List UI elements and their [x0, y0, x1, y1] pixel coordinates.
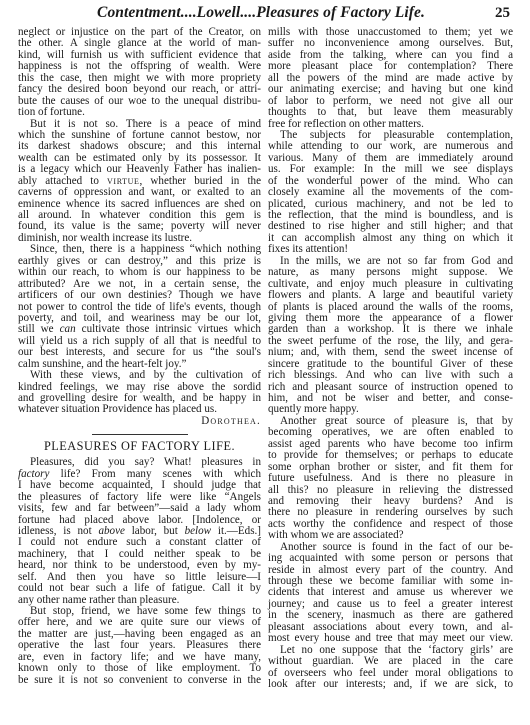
text-span: life? From many scenes with which — [49, 468, 261, 480]
page-header: Contentment....Lowell....Pleasures of Fa… — [0, 4, 530, 24]
text-span: cultivate those intrinsic virtues which — [76, 323, 261, 335]
text-line: nium; and, with them, send the sweet inc… — [268, 347, 513, 358]
text-line: within our reach, to whom is our happine… — [18, 267, 261, 278]
left-column: neglect or injustice on the part of the … — [18, 27, 261, 686]
italic-can: can — [60, 323, 76, 335]
text-line: I have become acquainted, I should judge… — [18, 480, 261, 491]
text-line: visits, few and far between”—said a lady… — [18, 503, 261, 514]
text-line: our best interests, and secure for us “t… — [18, 347, 261, 358]
text-line: caverns of oppression and want, or exalt… — [18, 187, 261, 198]
text-line: rich blessings. And who can live with su… — [268, 370, 513, 381]
section-divider — [92, 434, 188, 435]
text-line: without guardian. We are placed in the c… — [268, 656, 513, 667]
text-span: ably attached to — [18, 175, 107, 187]
essay-factory-part3: I could not endure such a constant clatt… — [18, 537, 261, 686]
essay-factory-part2: I have become acquainted, I should judge… — [18, 480, 261, 526]
essay-contentment-part3: will yield us a rich supply of all that … — [18, 336, 261, 416]
page-number: 25 — [495, 5, 510, 22]
text-line: nature, as many persons might suppose. W… — [268, 267, 513, 278]
article-title: PLEASURES OF FACTORY LIFE. — [18, 441, 261, 454]
text-line: ing acquainted with some person or perso… — [268, 553, 513, 564]
text-line: closely examine all the movements of the… — [268, 187, 513, 198]
text-span: labor, but — [125, 525, 185, 537]
text-line: to provide for themselves; or perhaps to… — [268, 450, 513, 461]
text-line: look after our interests; and, if we are… — [268, 679, 513, 690]
text-line: fancy the desired boon beyond our reach,… — [18, 84, 261, 95]
text-line: be sure it is not so convenient to conve… — [18, 675, 261, 686]
essay-contentment-part1: neglect or injustice on the part of the … — [18, 27, 261, 176]
text-line: artificers of our own destinies? Though … — [18, 290, 261, 301]
essay-contentment-part2: caverns of oppression and want, or exalt… — [18, 187, 261, 324]
italic-factory: factory — [18, 468, 49, 480]
italic-above: above — [98, 525, 125, 537]
text-span: , whether buried in the — [140, 175, 262, 187]
text-line: us. For example: In the mill we see disp… — [268, 164, 513, 175]
right-column: mills with those unaccustomed to them; y… — [268, 27, 513, 690]
text-line: could not bear such a life of fatigue. C… — [18, 583, 261, 594]
text-span: still we — [18, 323, 60, 335]
author-signature: Dorothea. — [18, 416, 261, 427]
essay-factory-continued: mills with those unaccustomed to them; y… — [268, 27, 513, 690]
italic-below: below — [185, 525, 212, 537]
text-line: most every house and tree that may meet … — [268, 633, 513, 644]
running-title: Contentment....Lowell....Pleasures of Fa… — [97, 4, 425, 22]
text-line: flowers and plants. A large and beautifu… — [268, 290, 513, 301]
text-line: heard, nor think to be understood, even … — [18, 560, 261, 571]
text-line: tion of fortune. — [18, 107, 261, 118]
small-caps-virtue: virtue — [107, 175, 139, 187]
text-line: thoughts to that, but leave them measura… — [268, 107, 513, 118]
text-span: idleness, is not — [18, 525, 98, 537]
text-span: it.—Eds.] — [211, 525, 261, 537]
text-line: known only to those of like employment. … — [18, 663, 261, 674]
text-line: our animating exercise; and having but o… — [268, 84, 513, 95]
text-line: With these views, and by the cultivation… — [18, 370, 261, 381]
text-line: future usefulness. And is there no pleas… — [268, 473, 513, 484]
text-line: with whom we are associated? — [268, 530, 513, 541]
